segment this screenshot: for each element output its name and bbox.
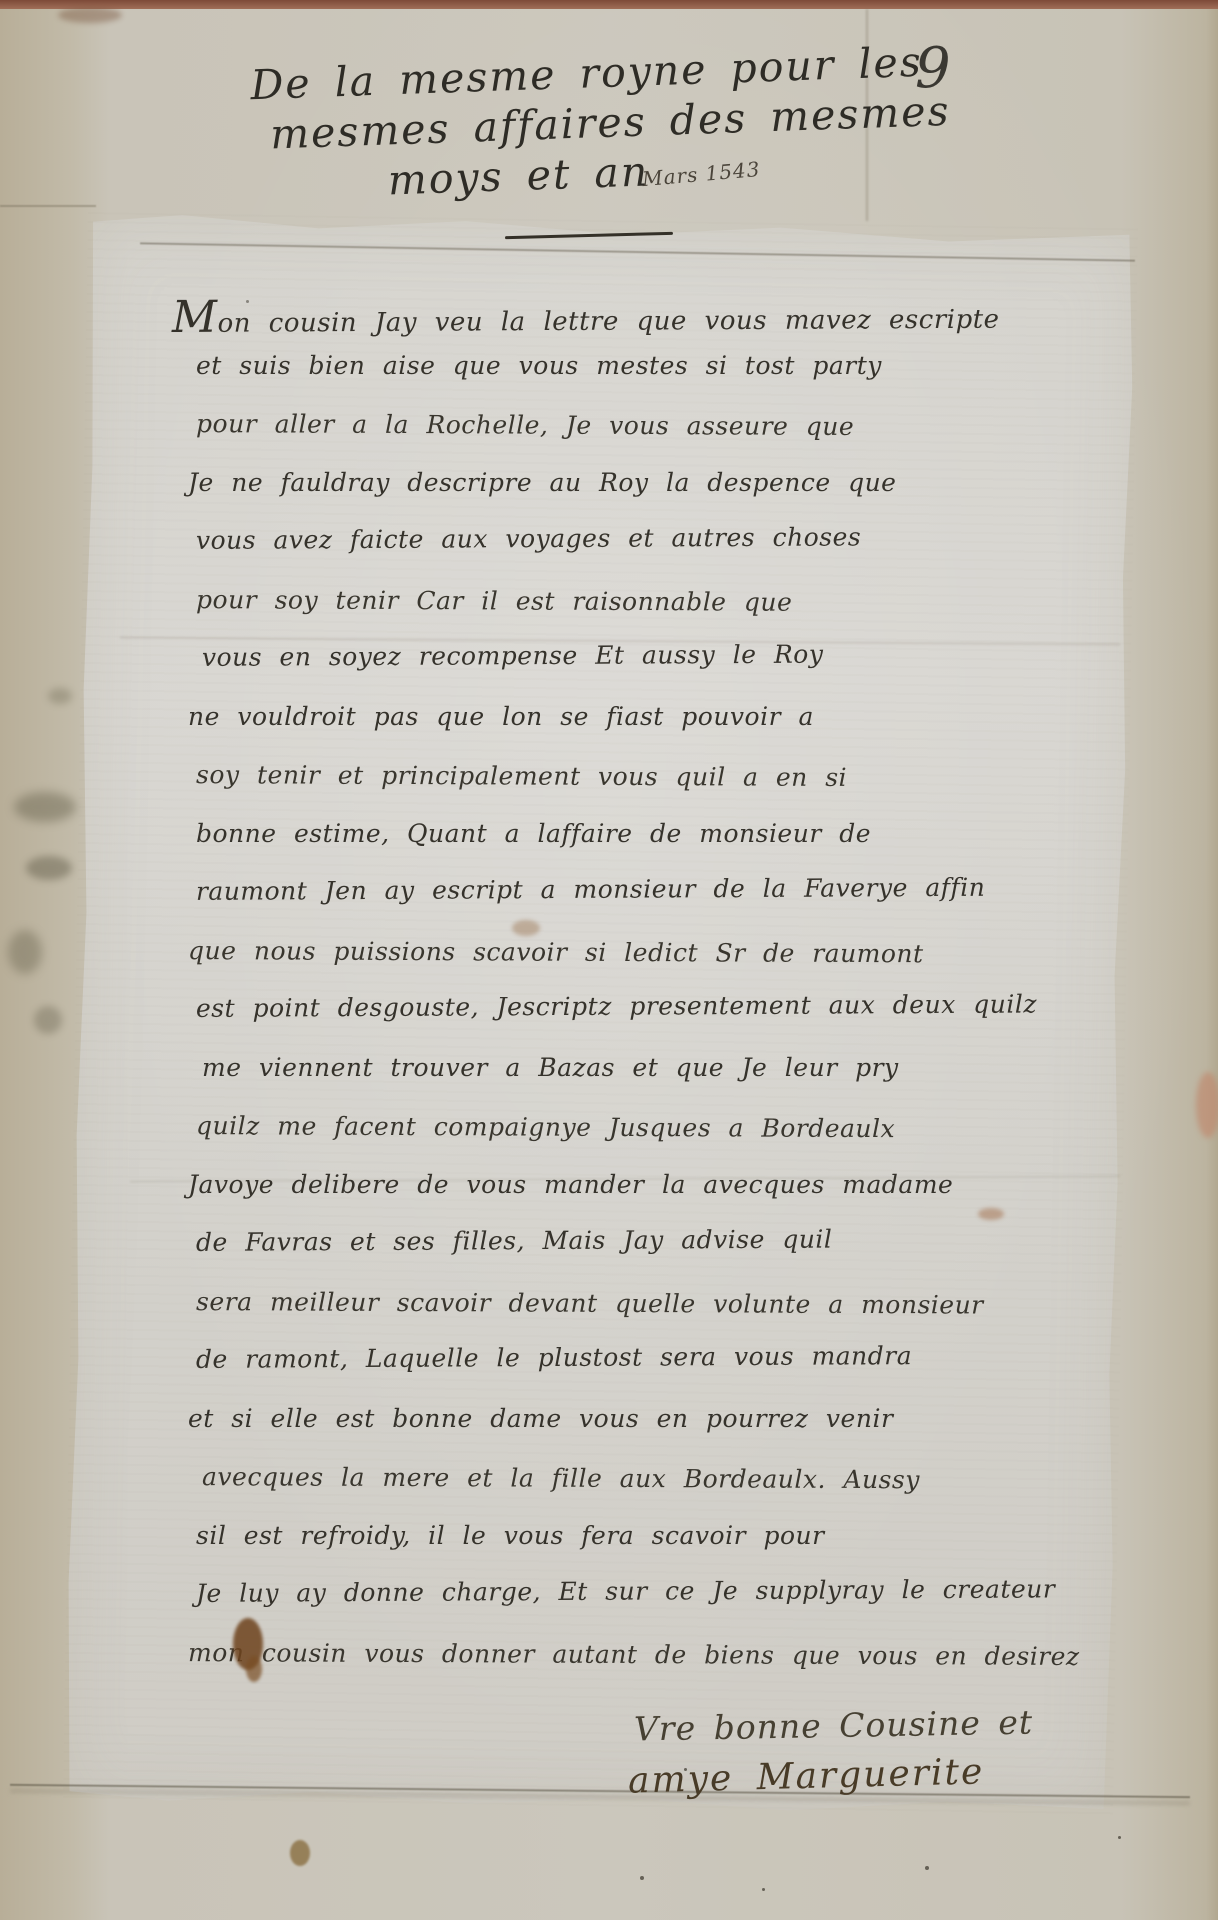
brown-spot-stain [290,1840,310,1866]
manuscript-line: Je ne fauldray descripre au Roy la despe… [172,468,1022,527]
paper-speck [1118,1836,1121,1839]
manuscript-line: vous en soyez recompense Et aussy le Roy [172,639,1022,702]
paper-speck [684,1768,687,1771]
manuscript-line: sera meilleur scavoir devant quelle volu… [172,1287,1022,1349]
margin-smudge [8,930,42,974]
manuscript-line: raumont Jen ay escript a monsieur de la … [172,873,1022,936]
manuscript-line: pour aller a la Rochelle, Je vous asseur… [172,409,1022,471]
manuscript-line: sil est refroidy, il le vous fera scavoi… [172,1521,1022,1580]
manuscript-line: avecques la mere et la fille aux Bordeau… [172,1462,1022,1524]
manuscript-line: de ramont, Laquelle le plustost sera vou… [172,1341,1022,1404]
manuscript-line: Javoye delibere de vous mander la avecqu… [172,1170,1022,1229]
manuscript-line: soy tenir et principalement vous quil a … [172,760,1022,822]
manuscript-line: pour soy tenir Car il est raisonnable qu… [172,585,1022,647]
paper-speck [762,1888,765,1891]
paper-speck [925,1866,929,1870]
letter-body: Mon cousin Jay veu la lettre que vous ma… [172,292,1022,1696]
album-horizontal-crease [0,205,96,207]
paper-speck [640,1876,644,1880]
header-inscription: De la mesme royne pour les mesmes affair… [250,36,953,210]
manuscript-line: mon cousin vous donner autant de biens q… [172,1638,1022,1700]
closing-formula: Vre bonne Cousine et [634,1703,1034,1749]
manuscript-line: et si elle est bonne dame vous en pourre… [172,1404,1022,1463]
board-edge-strip [0,0,1218,9]
manuscript-line: de Favras et ses filles, Mais Jay advise… [172,1224,1022,1287]
paper-speck [246,300,249,303]
manuscript-line: Je luy ay donne charge, Et sur ce Je sup… [172,1575,1022,1638]
manuscript-line: bonne estime, Quant a laffaire de monsie… [172,819,1022,878]
manuscript-scan: De la mesme royne pour les mesmes affair… [0,0,1218,1920]
board-edge-drip [58,7,122,23]
margin-smudge [48,688,72,704]
manuscript-line: est point desgouste, Jescriptz presentem… [172,990,1022,1053]
margin-smudge [34,1006,62,1034]
manuscript-line: et suis bien aise que vous mestes si tos… [172,351,1022,410]
manuscript-line: me viennent trouver a Bazas et que Je le… [172,1053,1022,1112]
page-number: 9 [915,36,951,101]
manuscript-line: Mon cousin Jay veu la lettre que vous ma… [172,288,1022,351]
pink-edge-stain [1196,1072,1218,1138]
margin-smudge [14,792,76,822]
manuscript-line: ne vouldroit pas que lon se fiast pouvoi… [172,702,1022,761]
manuscript-line: vous avez faicte aux voyages et autres c… [172,522,1022,585]
margin-smudge [26,856,72,880]
manuscript-line: quilz me facent compaignye Jusques a Bor… [172,1111,1022,1173]
manuscript-line: que nous puissions scavoir si ledict Sr … [172,936,1022,998]
